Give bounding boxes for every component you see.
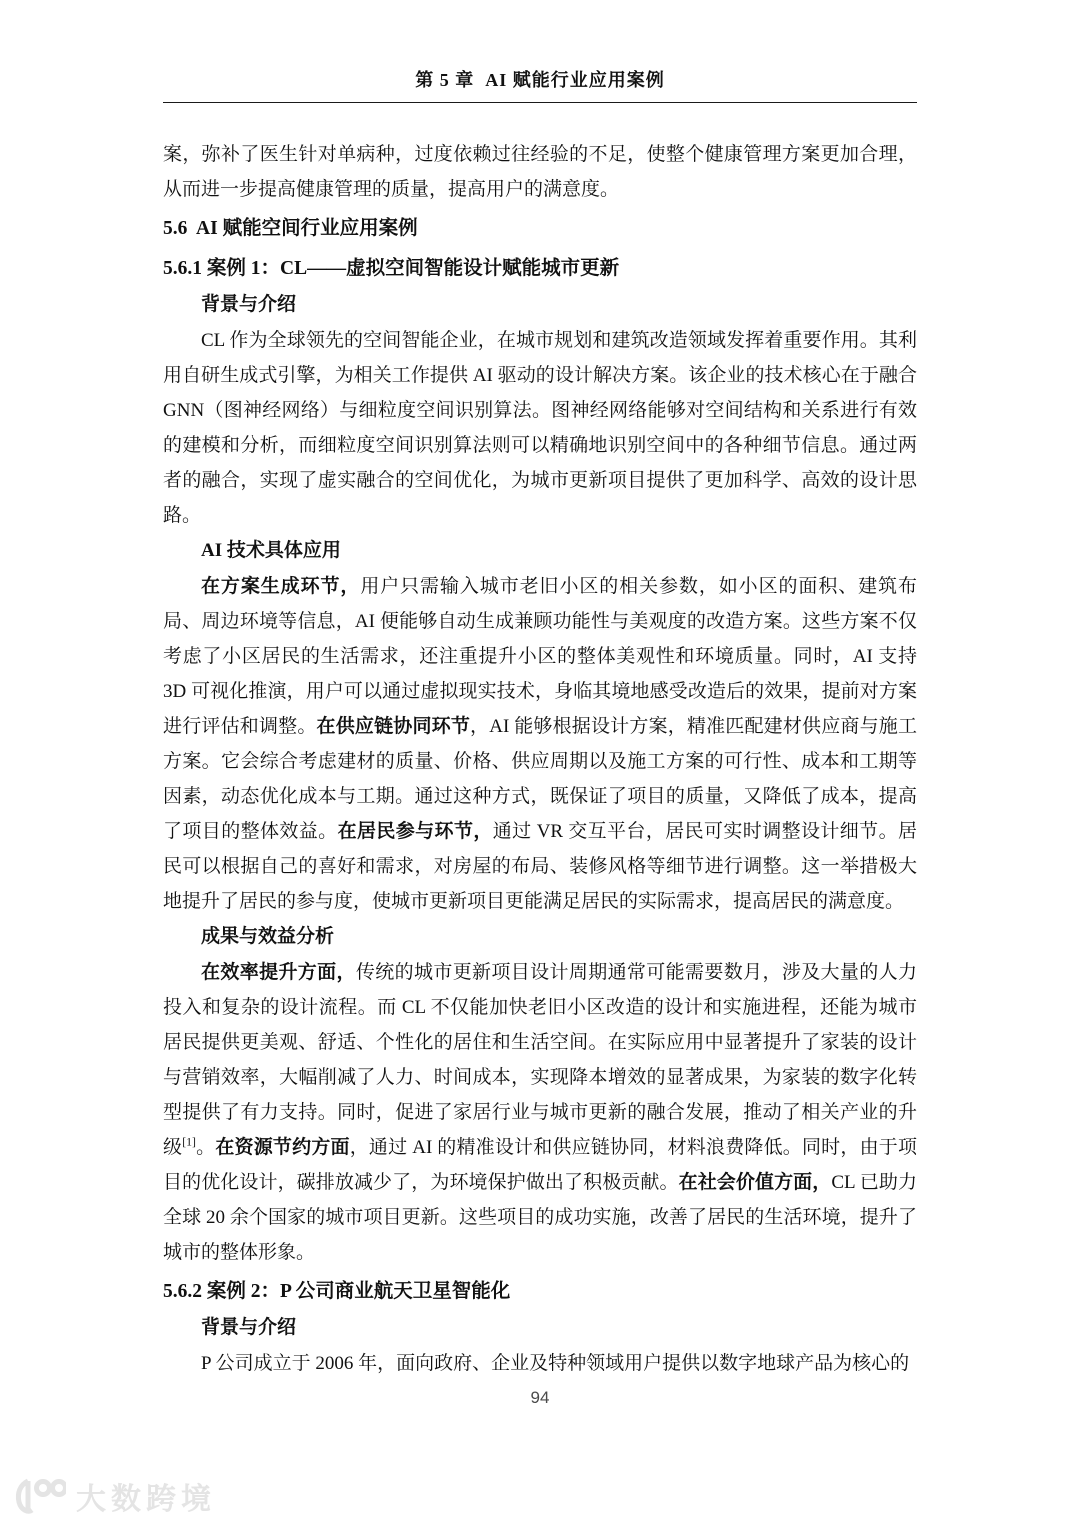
carryover-paragraph: 案，弥补了医生针对单病种，过度依赖过往经验的不足，使整个健康管理方案更加合理，从… bbox=[163, 137, 917, 207]
page-number: 94 bbox=[0, 1388, 1080, 1408]
running-header-title: 第 5 章 AI 赋能行业应用案例 bbox=[163, 66, 917, 92]
case1-background-paragraph: CL 作为全球领先的空间智能企业，在城市规划和建筑改造领域发挥着重要作用。其利用… bbox=[163, 323, 917, 533]
case1-results-heading: 成果与效益分析 bbox=[163, 919, 917, 955]
case1-results-paragraph: 在效率提升方面，传统的城市更新项目设计周期通常可能需要数月，涉及大量的人力投入和… bbox=[163, 955, 917, 1270]
watermark-logo-icon bbox=[14, 1475, 66, 1517]
case2-background-paragraph: P 公司成立于 2006 年，面向政府、企业及特种领域用户提供以数字地球产品为核… bbox=[163, 1346, 917, 1381]
watermark-text: 大数跨境 bbox=[76, 1474, 216, 1518]
document-page: 第 5 章 AI 赋能行业应用案例 案，弥补了医生针对单病种，过度依赖过往经验的… bbox=[0, 0, 1080, 1527]
case1-heading: 5.6.1 案例 1：CL——虚拟空间智能设计赋能城市更新 bbox=[163, 250, 917, 287]
watermark: 大数跨境 bbox=[14, 1474, 216, 1518]
section-5-6-heading: 5.6 AI 赋能空间行业应用案例 bbox=[163, 210, 917, 247]
case2-background-heading: 背景与介绍 bbox=[163, 1310, 917, 1346]
case2-heading: 5.6.2 案例 2：P 公司商业航天卫星智能化 bbox=[163, 1273, 917, 1310]
case1-tech-heading: AI 技术具体应用 bbox=[163, 533, 917, 569]
case1-tech-paragraph: 在方案生成环节，用户只需输入城市老旧小区的相关参数，如小区的面积、建筑布局、周边… bbox=[163, 569, 917, 919]
page-body: 案，弥补了医生针对单病种，过度依赖过往经验的不足，使整个健康管理方案更加合理，从… bbox=[163, 137, 917, 1381]
header-rule bbox=[163, 102, 917, 103]
case1-background-heading: 背景与介绍 bbox=[163, 287, 917, 323]
